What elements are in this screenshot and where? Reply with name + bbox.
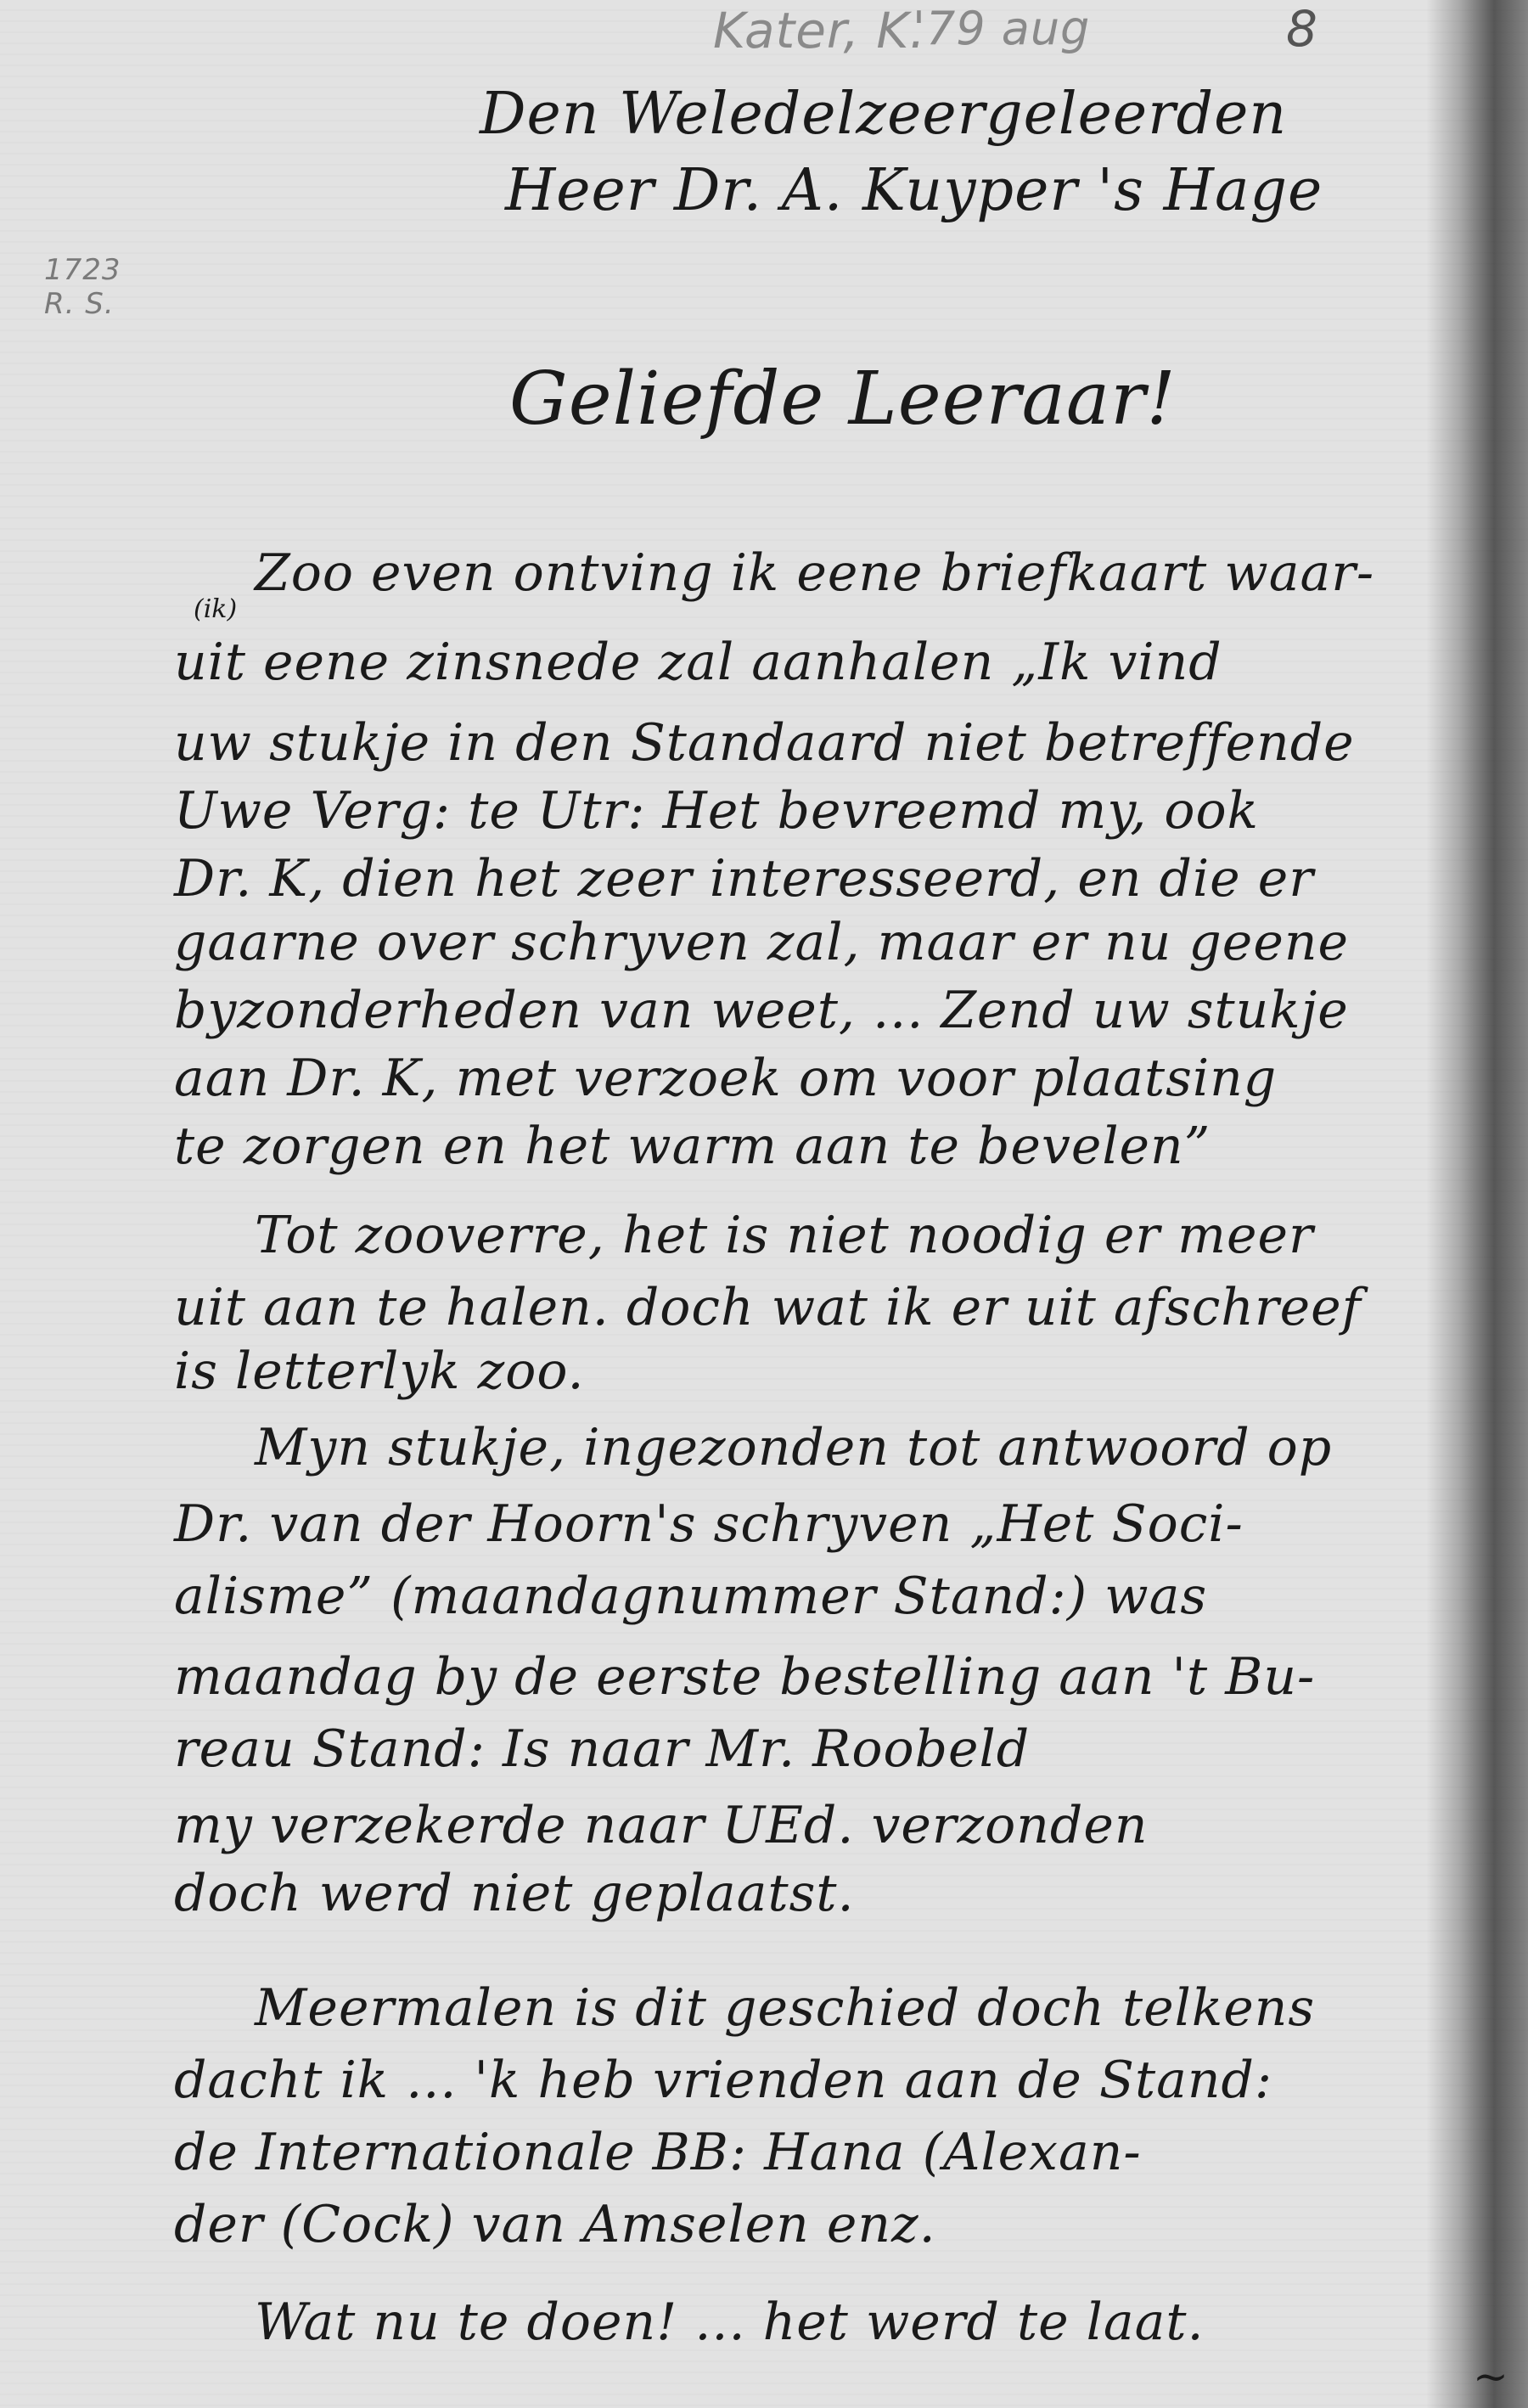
body-line: Wat nu te doen! ... het werd te laat.	[255, 2293, 1205, 2352]
letter-page: Kater, K. '79 aug 8 1723 R. S. Den Weled…	[0, 0, 1528, 2408]
archival-name-annotation: Kater, K.	[713, 2, 926, 59]
body-line: reau Stand: Is naar Mr. Roobeld	[174, 1719, 1030, 1779]
archival-item-number: 8	[1286, 0, 1318, 58]
body-line: Uwe Verg: te Utr: Het bevreemd my, ook	[174, 781, 1259, 841]
body-line: is letterlyk zoo.	[174, 1342, 585, 1401]
body-line: der (Cock) van Amselen enz.	[174, 2195, 936, 2254]
body-line: my verzekerde naar UEd. verzonden	[174, 1796, 1148, 1855]
body-line: alisme” (maandagnummer Stand:) was	[174, 1567, 1207, 1626]
margin-note-initials: R. S.	[44, 287, 121, 321]
body-line: Zoo even ontving ik eene briefkaart waar…	[255, 543, 1374, 603]
body-line: uit eene zinsnede zal aanhalen „Ik vind	[174, 633, 1222, 692]
body-line: doch werd niet geplaatst.	[174, 1864, 855, 1923]
continuation-mark-icon: ~	[1473, 2352, 1508, 2401]
body-line: uit aan te halen. doch wat ik er uit afs…	[174, 1278, 1362, 1337]
body-line: byzonderheden van weet, ... Zend uw stuk…	[174, 981, 1349, 1040]
body-line: dacht ik ... 'k heb vrienden aan de Stan…	[174, 2051, 1272, 2110]
body-line: Dr. van der Hoorn's schryven „Het Soci-	[174, 1494, 1244, 1554]
body-line: Tot zooverre, het is niet noodig er meer	[255, 1206, 1314, 1265]
margin-note: 1723 R. S.	[44, 253, 121, 321]
body-line: te zorgen en het warm aan te bevelen”	[174, 1117, 1211, 1176]
interlinear-insertion: (ik)	[194, 594, 237, 624]
address-line-2: Heer Dr. A. Kuyper 's Hage	[505, 157, 1323, 224]
body-line: aan Dr. K, met verzoek om voor plaatsing	[174, 1049, 1277, 1108]
body-line: uw stukje in den Standaard niet betreffe…	[174, 713, 1355, 773]
body-line: maandag by de eerste bestelling aan 't B…	[174, 1647, 1315, 1707]
salutation: Geliefde Leeraar!	[509, 357, 1177, 442]
body-line: gaarne over schryven zal, maar er nu gee…	[174, 913, 1349, 972]
body-line: Dr. K, dien het zeer interesseerd, en di…	[174, 849, 1314, 909]
address-line-1: Den Weledelzeergeleerden	[480, 81, 1287, 148]
body-line: de Internationale BB: Hana (Alexan-	[174, 2123, 1142, 2182]
body-line: Meermalen is dit geschied doch telkens	[255, 1978, 1315, 2038]
body-line: Myn stukje, ingezonden tot antwoord op	[255, 1418, 1332, 1477]
margin-note-number: 1723	[44, 253, 121, 287]
archival-date-annotation: '79 aug	[913, 2, 1090, 55]
